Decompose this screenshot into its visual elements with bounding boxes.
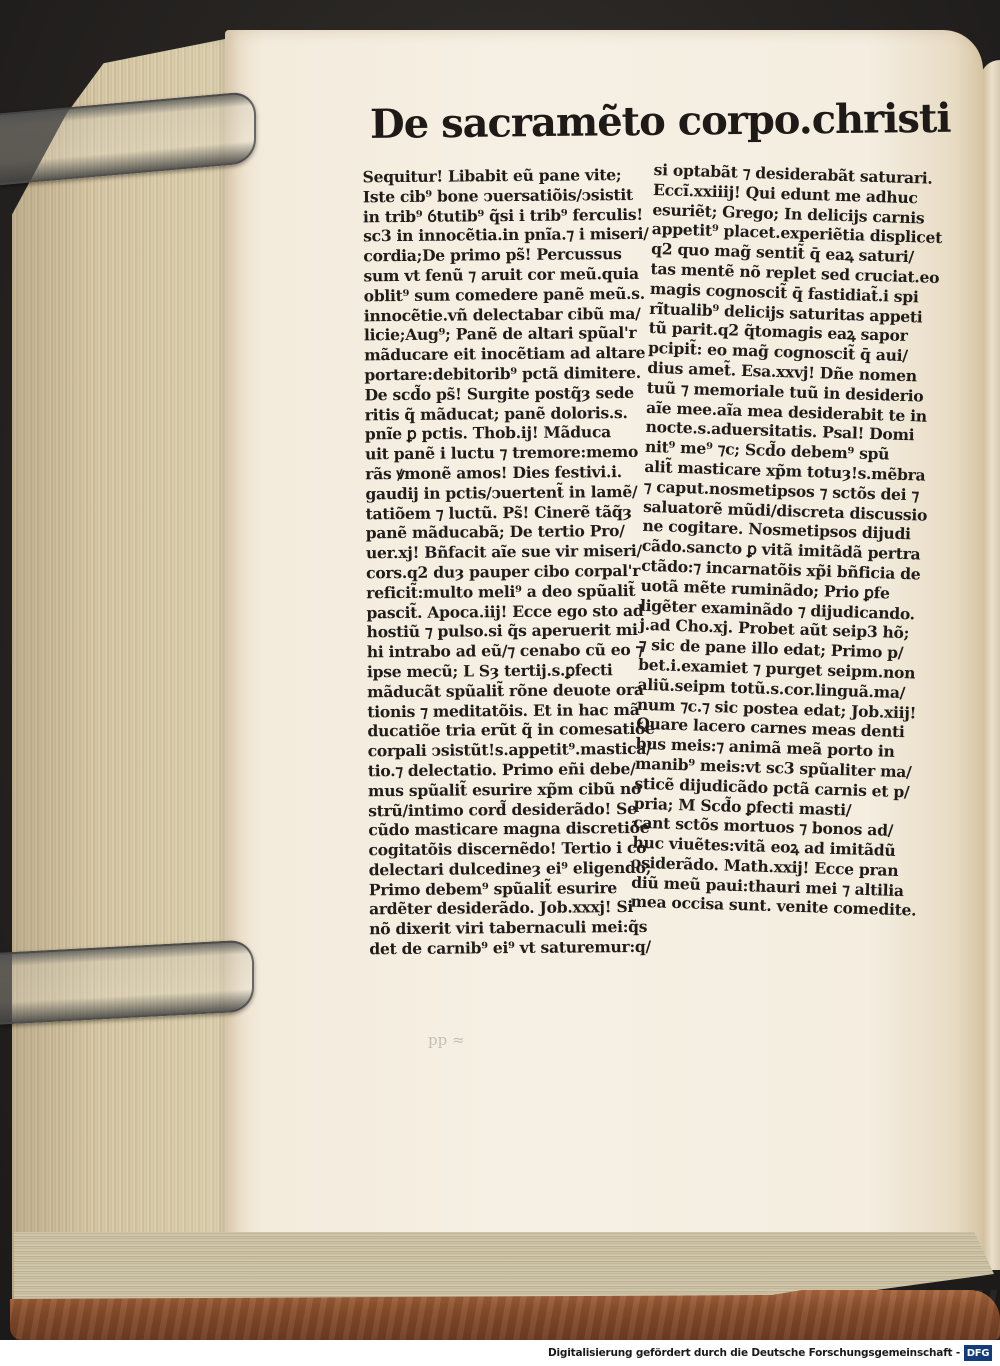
text-line: sc3 in innocẽtia.in pnĩa.⁊ i miseri/ bbox=[363, 224, 663, 246]
text-line: corpali ↄsistũt!s.appetit⁹.mastica/ bbox=[368, 739, 668, 761]
right-text-column: si optabãt ⁊ desiderabãt saturari.Eccĩ.x… bbox=[630, 160, 949, 921]
text-line: tio.⁊ delectatio. Primo eñi debe/ bbox=[368, 759, 668, 781]
text-line: panẽ mãducabã; De tertio Pro/ bbox=[366, 521, 666, 543]
left-text-column: Sequitur! Libabit eũ pane vite;Iste cib⁹… bbox=[363, 165, 670, 959]
text-line: ritis q̃ mãducat; panẽ doloris.s. bbox=[365, 402, 665, 424]
text-line: gaudij in pctis/ↄuertent̃ in lamẽ/ bbox=[365, 481, 665, 503]
text-line: Primo debem⁹ spũalit̃ esurire bbox=[369, 877, 669, 899]
text-line: Sequitur! Libabit eũ pane vite; bbox=[363, 165, 663, 187]
text-line: uer.xj! Bñfacit aĩe sue vir miseri/ bbox=[366, 541, 666, 563]
text-line: licie;Aug⁹; Panẽ de altari spũal'r bbox=[364, 323, 664, 345]
text-line: mãducãt spũalit̃ rõne deuote ora bbox=[367, 679, 667, 701]
text-line: det de carnib⁹ ei⁹ vt saturemur:q/ bbox=[369, 937, 669, 959]
faint-offset-marks bbox=[255, 790, 375, 820]
text-line: strũ/intimo cord̃ desiderãdo! Se bbox=[368, 798, 668, 820]
text-line: ipse mecũ; L Sȝ tertij.s.ꝑfecti bbox=[367, 660, 667, 682]
text-line: De scd̃o ps̃! Surgite postq̃ȝ sede bbox=[364, 382, 664, 404]
text-line: sum vt fenũ ⁊ aruit cor meũ.quia bbox=[363, 264, 663, 286]
text-line: mãducare eit inocẽtiam ad altare bbox=[364, 343, 664, 365]
text-line: nõ dixerit viri tabernaculi mei:q̃s bbox=[369, 917, 669, 939]
text-line: rãs ꝟmonẽ amos! Dies festivi.i. bbox=[365, 462, 665, 484]
text-line: cũdo masticare magna discretiõe bbox=[368, 818, 668, 840]
text-line: tionis ⁊ meditatõis. Et in hac mã bbox=[367, 699, 667, 721]
funding-credit: Digitalisierung gefördert durch die Deut… bbox=[548, 1347, 960, 1359]
text-line: pnĩe ꝑ pctis. Thob.ij! Mãduca bbox=[365, 422, 665, 444]
text-line: ardẽter desiderãdo. Job.xxxj! Si bbox=[369, 897, 669, 919]
text-line: Iste cib⁹ bone ↄuersatiõis/ↄsistit bbox=[363, 185, 663, 207]
facing-page-edge bbox=[980, 60, 1000, 1270]
running-head: De sacramẽto corpo.christi bbox=[370, 95, 910, 148]
shelfmark-pencil-note: pp ≈ bbox=[428, 1031, 465, 1049]
text-line: delectari dulcedineȝ ei⁹ eligendo; bbox=[369, 858, 669, 880]
text-line: uit panẽ i luctu ⁊ tremore:memo bbox=[365, 442, 665, 464]
text-line: cors.q2 duȝ pauper cibo corpal'r bbox=[366, 561, 666, 583]
text-line: cogitatõis discernẽdo! Tertio i co bbox=[368, 838, 668, 860]
text-line: mus spũalit̃ esurire xp̃m cibũ no bbox=[368, 778, 668, 800]
text-line: pascit̃. Apoca.iij! Ecce ego sto ad bbox=[366, 600, 666, 622]
footer-bar: Digitalisierung gefördert durch die Deut… bbox=[0, 1340, 1000, 1366]
text-line: oblit⁹ sum comedere panẽ meũ.s. bbox=[364, 283, 664, 305]
dfg-logo-icon: DFG bbox=[964, 1345, 992, 1361]
text-line: reficit̃:multo meli⁹ a deo spũalit̃ bbox=[366, 580, 666, 602]
text-line: innocẽtie.vñ delectabar cibũ ma/ bbox=[364, 303, 664, 325]
text-line: cordia;De primo ps̃! Percussus bbox=[363, 244, 663, 266]
text-line: hostiũ ⁊ pulso.si q̃s aperuerit mi bbox=[367, 620, 667, 642]
page-holder-clip-bottom bbox=[0, 939, 254, 1024]
text-line: hi intrabo ad eũ/⁊ cenabo cũ eo ⁊ bbox=[367, 640, 667, 662]
text-line: portare:debitorib⁹ pctã dimitere. bbox=[364, 363, 664, 385]
text-line: tatiõem ⁊ luctũ. Ps̃! Cinerẽ tãq̃ȝ bbox=[365, 501, 665, 523]
text-line: in trib⁹ ỽtutib⁹ q̃si i trib⁹ ferculis! bbox=[363, 204, 663, 226]
text-line: ducatiõe tria erũt q̃ in comesatiõe bbox=[367, 719, 667, 741]
page-fore-edge bbox=[12, 38, 230, 1300]
